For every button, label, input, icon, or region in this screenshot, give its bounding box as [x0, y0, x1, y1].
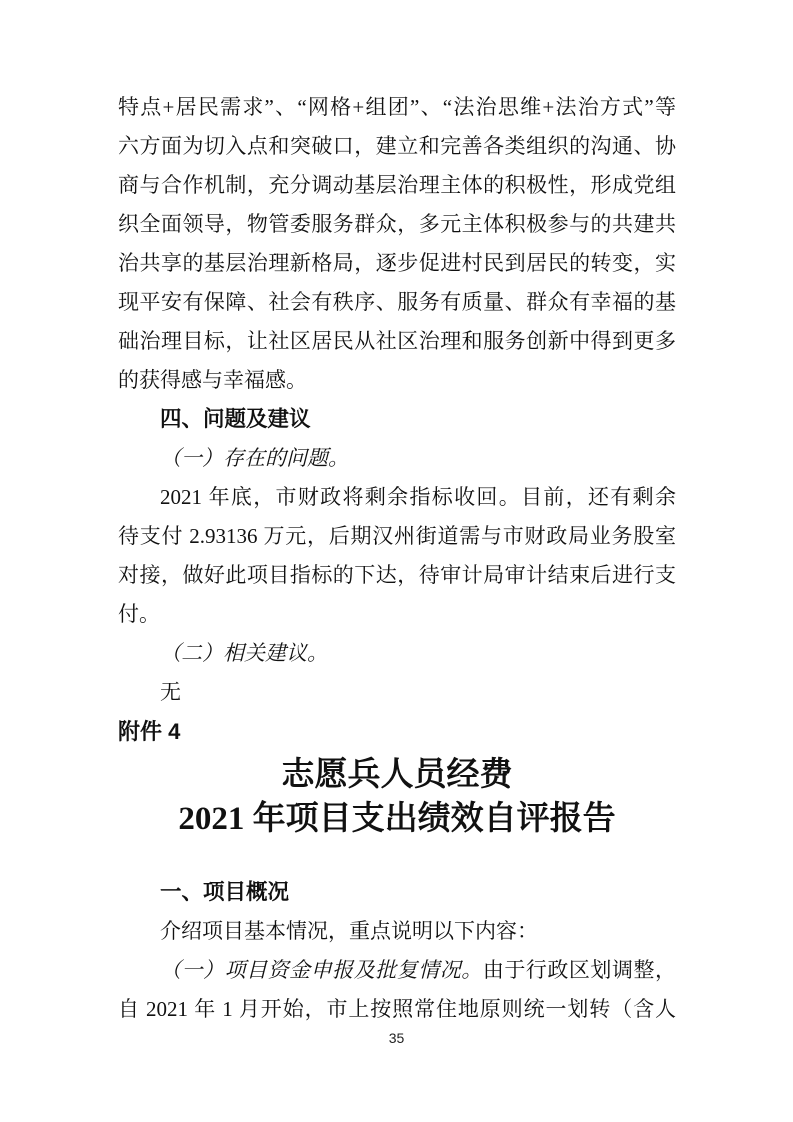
attachment-label: 附件 4 [118, 712, 676, 751]
overview-sub1-line: （一）项目资金申报及批复情况。由于行政区划调整， [118, 951, 676, 990]
report-title: 志愿兵人员经费 2021 年项目支出绩效自评报告 [118, 753, 676, 841]
body-line: 自 2021 年 1 月开始，市上按照常住地原则统一划转（含人 [118, 990, 676, 1029]
body-line: 的获得感与幸福感。 [118, 361, 676, 400]
body-line: 特点+居民需求”、“网格+组团”、“法治思维+法治方式”等 [118, 88, 676, 127]
body-line: 付。 [118, 595, 676, 634]
overview-section-heading: 一、项目概况 [118, 873, 676, 912]
body-line: 础治理目标，让社区居民从社区治理和服务创新中得到更多 [118, 322, 676, 361]
overview-sub1-heading: （一）项目资金申报及批复情况。 [160, 958, 483, 982]
body-line: 六方面为切入点和突破口，建立和完善各类组织的沟通、协 [118, 127, 676, 166]
body-line: 待支付 2.93136 万元，后期汉州街道需与市财政局业务股室 [118, 517, 676, 556]
problems-sub1-heading: （一）存在的问题。 [118, 439, 676, 478]
body-line: 对接，做好此项目指标的下达，待审计局审计结束后进行支 [118, 556, 676, 595]
overview-intro-line: 介绍项目基本情况，重点说明以下内容： [118, 912, 676, 951]
section-problems: 四、问题及建议 （一）存在的问题。 2021 年底，市财政将剩余指标收回。目前，… [118, 400, 676, 712]
overview-sub1-rest: 由于行政区划调整， [483, 958, 676, 982]
body-line: 商与合作机制，充分调动基层治理主体的积极性，形成党组 [118, 166, 676, 205]
report-title-line-1: 志愿兵人员经费 [118, 753, 676, 797]
page-number: 35 [0, 1030, 793, 1046]
attachment-block: 附件 4 志愿兵人员经费 2021 年项目支出绩效自评报告 [118, 712, 676, 841]
body-line: 治共享的基层治理新格局，逐步促进村民到居民的转变，实 [118, 244, 676, 283]
document-page: 特点+居民需求”、“网格+组团”、“法治思维+法治方式”等 六方面为切入点和突破… [0, 0, 793, 1122]
section-overview: 一、项目概况 介绍项目基本情况，重点说明以下内容： （一）项目资金申报及批复情况… [118, 873, 676, 1029]
report-title-line-2: 2021 年项目支出绩效自评报告 [118, 797, 676, 841]
body-line: 织全面领导，物管委服务群众，多元主体积极参与的共建共 [118, 205, 676, 244]
body-line: 现平安有保障、社会有秩序、服务有质量、群众有幸福的基 [118, 283, 676, 322]
problems-sub2-content: 无 [118, 673, 676, 712]
body-line: 2021 年底，市财政将剩余指标收回。目前，还有剩余 [118, 478, 676, 517]
continuation-paragraph: 特点+居民需求”、“网格+组团”、“法治思维+法治方式”等 六方面为切入点和突破… [118, 88, 676, 400]
problems-sub2-heading: （二）相关建议。 [118, 634, 676, 673]
problems-section-heading: 四、问题及建议 [118, 400, 676, 439]
